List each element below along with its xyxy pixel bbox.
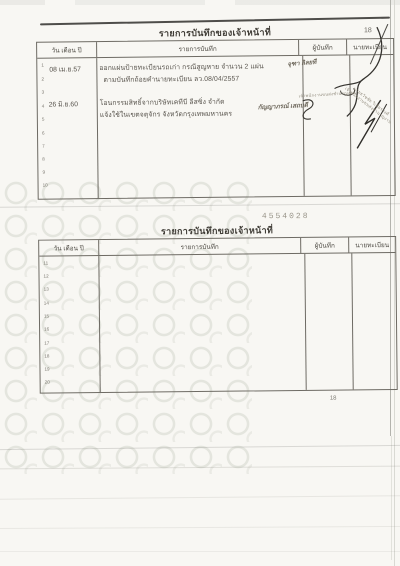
line-number: 18 (44, 354, 49, 359)
col-header-record: รายการบันทึก (99, 238, 301, 255)
line-number: 14 (44, 301, 49, 306)
line-number: 5 (42, 117, 45, 122)
entry-2-text-line1: โอนกรรมสิทธิ์จากบริษัทเคทีบี ลีสซิ่ง จำก… (100, 96, 225, 108)
recorder-signature-2-loop (299, 97, 325, 123)
column-divider (302, 56, 304, 196)
line-number: 7 (42, 144, 45, 149)
line-number: 15 (44, 314, 49, 319)
line-number: 11 (43, 261, 48, 266)
recorder-name-stamp-1: จุฑา ลิลยที (287, 57, 317, 69)
line-number: 16 (44, 327, 49, 332)
line-number: 20 (45, 380, 50, 385)
column-divider (98, 256, 100, 392)
scan-line-artifact (0, 551, 400, 552)
serial-number: 4554028 (262, 212, 310, 221)
col-header-date: วัน เดือน ปี (37, 42, 97, 58)
page-number-bottom: 18 (330, 396, 337, 402)
record-table-2: วัน เดือน ปี รายการบันทึก ผู้บันทึก นายท… (38, 236, 398, 394)
col-header-recorder: ผู้บันทึก (301, 237, 349, 253)
entry-1-date: 08 เม.ย.57 (49, 63, 81, 74)
line-number: 1 (41, 63, 44, 68)
line-number: 3 (42, 90, 45, 95)
line-number: 13 (44, 287, 49, 292)
line-number: 10 (43, 183, 48, 188)
line-number: 4 (42, 104, 45, 109)
column-divider (304, 254, 306, 390)
line-number: 19 (44, 367, 49, 372)
scanned-document-page: รายการบันทึกของเจ้าหน้าที่ 18 วัน เดือน … (0, 0, 400, 566)
entry-1-text-line1: ออกแผ่นป้ายทะเบียนรถเก่า กรณีสูญหาย จำนว… (99, 60, 263, 73)
line-number: 8 (42, 157, 45, 162)
entry-2-text-line2: แจ้งใช้ในเขตจตุจักร จังหวัดกรุงเทพมหานคร (100, 108, 232, 120)
line-number: 9 (42, 170, 45, 175)
entry-1-text-line2: ตามบันทึกถ้อยคำนายทะเบียน ลว.08/04/2557 (103, 73, 239, 85)
line-number: 2 (41, 77, 44, 82)
document-content: รายการบันทึกของเจ้าหน้าที่ 18 วัน เดือน … (0, 0, 400, 566)
table-2-body: 11 12 13 14 15 16 17 18 19 20 (39, 253, 396, 393)
column-divider (351, 253, 353, 389)
column-divider (96, 58, 98, 198)
col-header-record: รายการบันทึก (97, 40, 299, 57)
line-number: 17 (44, 341, 49, 346)
line-number: 6 (42, 131, 45, 136)
col-header-registrar: นายทะเบียน (349, 237, 395, 252)
entry-2-date: 26 มิ.ย.60 (49, 98, 78, 109)
line-number: 12 (43, 274, 48, 279)
col-header-date: วัน เดือน ปี (39, 240, 99, 256)
